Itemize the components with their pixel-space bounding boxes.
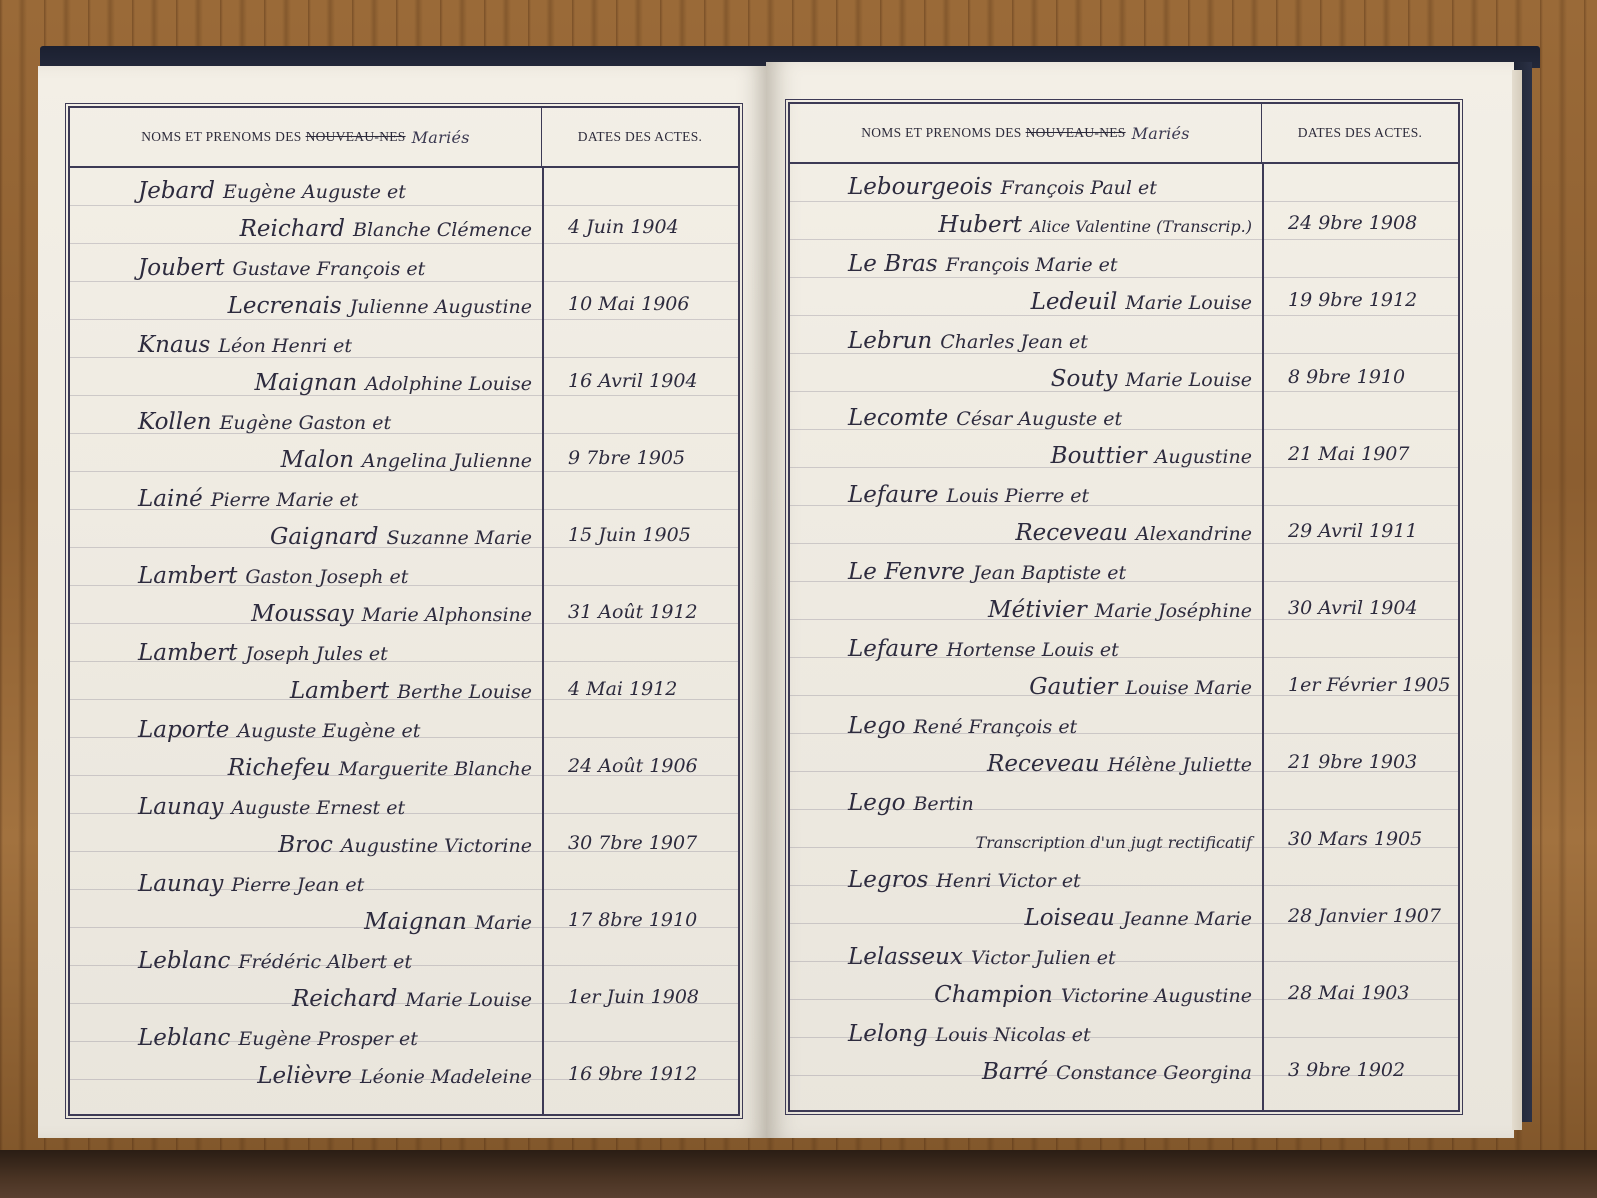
act-date: 30 Mars 1905	[1288, 828, 1422, 850]
handwritten-header-correction: Mariés	[412, 128, 470, 147]
handwritten-header-correction: Mariés	[1132, 124, 1190, 143]
bride-given-names: Marie Louise	[405, 989, 532, 1011]
groom-surname: Launay	[138, 871, 223, 897]
bride-surname: Lelièvre	[257, 1063, 352, 1089]
groom-line: LambertJoseph Jules et	[138, 640, 388, 666]
act-date: 3 9bre 1902	[1288, 1059, 1405, 1081]
bride-surname: Lecrenais	[228, 293, 342, 319]
groom-line: LegoBertin	[848, 790, 974, 816]
groom-line: LefaureLouis Pierre et	[848, 482, 1089, 508]
groom-given-names: Léon Henri et	[218, 335, 352, 357]
register-entry: LegrosHenri Victor et LoiseauJeanne Mari…	[790, 863, 1458, 940]
register-entry: LambertGaston Joseph et MoussayMarie Alp…	[70, 559, 738, 636]
groom-surname: Le Fenvre	[848, 559, 965, 585]
bride-given-names: Marie Louise	[1125, 369, 1252, 391]
act-date: 24 9bre 1908	[1288, 212, 1417, 234]
register-entry: LeblancEugène Prosper et LelièvreLéonie …	[70, 1021, 738, 1098]
groom-line: LainéPierre Marie et	[138, 486, 358, 512]
groom-given-names: Louis Pierre et	[947, 485, 1090, 507]
bride-surname: Gaignard	[270, 524, 378, 550]
groom-surname: Lambert	[138, 563, 237, 589]
register-entry: LeblancFrédéric Albert et ReichardMarie …	[70, 944, 738, 1021]
groom-surname: Lebrun	[848, 328, 932, 354]
groom-given-names: Hortense Louis et	[947, 639, 1119, 661]
bride-line: ChampionVictorine Augustine	[934, 982, 1252, 1008]
bride-surname: Moussay	[251, 601, 354, 627]
groom-given-names: Charles Jean et	[940, 331, 1088, 353]
groom-given-names: Jean Baptiste et	[973, 562, 1126, 584]
register-page-left: NOMS ET PRENOMS DES NOUVEAU-NES Mariés D…	[38, 66, 766, 1138]
bride-surname: Reichard	[240, 216, 345, 242]
register-entry: KnausLéon Henri et MaignanAdolphine Loui…	[70, 328, 738, 405]
groom-surname: Jebard	[138, 178, 215, 204]
register-entry: JebardEugène Auguste et ReichardBlanche …	[70, 174, 738, 251]
register-entry: LelongLouis Nicolas et BarréConstance Ge…	[790, 1017, 1458, 1094]
groom-given-names: Bertin	[913, 793, 973, 815]
register-entry: LefaureLouis Pierre et ReceveauAlexandri…	[790, 478, 1458, 555]
groom-surname: Launay	[138, 794, 223, 820]
groom-surname: Leblanc	[138, 948, 230, 974]
groom-line: LebourgeoisFrançois Paul et	[848, 174, 1157, 200]
bride-given-names: Marie Joséphine	[1095, 600, 1252, 622]
act-date: 15 Juin 1905	[568, 524, 691, 546]
act-date: 16 Avril 1904	[568, 370, 698, 392]
struck-header-text: NOUVEAU-NES	[306, 129, 406, 145]
groom-surname: Lefaure	[848, 482, 939, 508]
groom-line: JebardEugène Auguste et	[138, 178, 406, 204]
bride-line: BrocAugustine Victorine	[278, 832, 532, 858]
bride-given-names: Jeanne Marie	[1123, 908, 1252, 930]
groom-line: KollenEugène Gaston et	[138, 409, 391, 435]
act-date: 17 8bre 1910	[568, 909, 697, 931]
bride-given-names: Suzanne Marie	[386, 527, 532, 549]
groom-surname: Lelasseux	[848, 944, 963, 970]
bride-surname: Souty	[1051, 366, 1118, 392]
groom-given-names: Louis Nicolas et	[936, 1024, 1091, 1046]
bride-surname: Reichard	[292, 986, 397, 1012]
bride-surname: Maignan	[364, 909, 467, 935]
bride-line: RichefeuMarguerite Blanche	[228, 755, 532, 781]
groom-given-names: Gustave François et	[232, 258, 425, 280]
bride-given-names: Victorine Augustine	[1061, 985, 1252, 1007]
names-column-header: NOMS ET PRENOMS DES NOUVEAU-NES Mariés	[70, 108, 542, 166]
table-surface-edge	[0, 1150, 1597, 1198]
bride-given-names: Louise Marie	[1125, 677, 1252, 699]
act-date: 31 Août 1912	[568, 601, 698, 623]
groom-surname: Le Bras	[848, 251, 938, 277]
bride-given-names: Berthe Louise	[397, 681, 532, 703]
bride-surname: Receveau	[1015, 520, 1128, 546]
bride-given-names: Blanche Clémence	[353, 219, 532, 241]
dates-column-header: DATES DES ACTES.	[542, 108, 738, 166]
groom-surname: Lego	[848, 713, 905, 739]
dates-column-header: DATES DES ACTES.	[1262, 104, 1458, 162]
register-entry: LainéPierre Marie et GaignardSuzanne Mar…	[70, 482, 738, 559]
column-header-left: NOMS ET PRENOMS DES NOUVEAU-NES Mariés D…	[70, 108, 738, 168]
bride-surname: Receveau	[987, 751, 1100, 777]
register-entry: LambertJoseph Jules et LambertBerthe Lou…	[70, 636, 738, 713]
register-entry: Le FenvreJean Baptiste et MétivierMarie …	[790, 555, 1458, 632]
groom-line: JoubertGustave François et	[138, 255, 425, 281]
register-entry: LefaureHortense Louis et GautierLouise M…	[790, 632, 1458, 709]
ruled-entries-right: LebourgeoisFrançois Paul et HubertAlice …	[790, 164, 1458, 1110]
act-date: 30 7bre 1907	[568, 832, 697, 854]
bride-line: Transcription d'un jugt rectificatif	[967, 828, 1252, 854]
register-frame-left: NOMS ET PRENOMS DES NOUVEAU-NES Mariés D…	[68, 106, 740, 1116]
bride-surname: Hubert	[938, 212, 1021, 238]
groom-surname: Joubert	[138, 255, 224, 281]
bride-surname: Métivier	[988, 597, 1087, 623]
bride-line: BouttierAugustine	[1051, 443, 1252, 469]
register-entry: LecomteCésar Auguste et BouttierAugustin…	[790, 401, 1458, 478]
groom-line: LegrosHenri Victor et	[848, 867, 1081, 893]
groom-given-names: Pierre Jean et	[231, 874, 364, 896]
bride-given-names: Marie Louise	[1125, 292, 1252, 314]
bride-given-names: Alexandrine	[1136, 523, 1252, 545]
bride-surname: Bouttier	[1051, 443, 1147, 469]
groom-given-names: René François et	[913, 716, 1077, 738]
bride-line: LoiseauJeanne Marie	[1024, 905, 1252, 931]
groom-given-names: Frédéric Albert et	[238, 951, 412, 973]
bride-line: MalonAngelina Julienne	[281, 447, 532, 473]
groom-surname: Kollen	[138, 409, 212, 435]
groom-given-names: Victor Julien et	[971, 947, 1116, 969]
bride-given-names: Augustine	[1155, 446, 1252, 468]
transcription-note: Transcription d'un jugt rectificatif	[975, 833, 1252, 852]
bride-line: SoutyMarie Louise	[1051, 366, 1252, 392]
groom-given-names: Eugène Auguste et	[223, 181, 406, 203]
groom-given-names: Joseph Jules et	[245, 643, 387, 665]
bride-line: MaignanMarie	[364, 909, 532, 935]
register-entry: LaporteAuguste Eugène et RichefeuMarguer…	[70, 713, 738, 790]
bride-line: MoussayMarie Alphonsine	[251, 601, 532, 627]
act-date: 16 9bre 1912	[568, 1063, 697, 1085]
register-entry: LaunayAuguste Ernest et BrocAugustine Vi…	[70, 790, 738, 867]
bride-given-names: Constance Georgina	[1056, 1062, 1252, 1084]
groom-given-names: Eugène Prosper et	[238, 1028, 418, 1050]
bride-surname: Malon	[281, 447, 354, 473]
groom-line: LegoRené François et	[848, 713, 1077, 739]
bride-line: LecrenaisJulienne Augustine	[228, 293, 532, 319]
bride-surname: Maignan	[255, 370, 358, 396]
bride-line: LambertBerthe Louise	[290, 678, 532, 704]
act-date: 9 7bre 1905	[568, 447, 685, 469]
bride-line: LedeuilMarie Louise	[1031, 289, 1252, 315]
bride-given-names: Léonie Madeleine	[360, 1066, 532, 1088]
register-entry: LaunayPierre Jean et MaignanMarie 17 8br…	[70, 867, 738, 944]
bride-given-names: Marie	[475, 912, 532, 934]
register-entry: JoubertGustave François et LecrenaisJuli…	[70, 251, 738, 328]
groom-given-names: François Marie et	[946, 254, 1118, 276]
register-entry: LebrunCharles Jean et SoutyMarie Louise …	[790, 324, 1458, 401]
register-entry: KollenEugène Gaston et MalonAngelina Jul…	[70, 405, 738, 482]
groom-surname: Lelong	[848, 1021, 928, 1047]
groom-given-names: Gaston Joseph et	[245, 566, 408, 588]
act-date: 28 Mai 1903	[1288, 982, 1409, 1004]
bride-given-names: Angelina Julienne	[362, 450, 532, 472]
act-date: 4 Juin 1904	[568, 216, 679, 238]
groom-surname: Lebourgeois	[848, 174, 993, 200]
act-date: 19 9bre 1912	[1288, 289, 1417, 311]
groom-line: LaunayPierre Jean et	[138, 871, 364, 897]
groom-line: Le BrasFrançois Marie et	[848, 251, 1118, 277]
bride-given-names: Alice Valentine (Transcrip.)	[1030, 217, 1252, 236]
bride-given-names: Hélène Juliette	[1108, 754, 1252, 776]
register-entry: LegoRené François et ReceveauHélène Juli…	[790, 709, 1458, 786]
groom-given-names: Henri Victor et	[936, 870, 1080, 892]
groom-surname: Lefaure	[848, 636, 939, 662]
bride-given-names: Marie Alphonsine	[362, 604, 532, 626]
groom-surname: Lego	[848, 790, 905, 816]
act-date: 28 Janvier 1907	[1288, 905, 1441, 927]
bride-surname: Champion	[934, 982, 1053, 1008]
groom-line: LelongLouis Nicolas et	[848, 1021, 1091, 1047]
register-entry: LebourgeoisFrançois Paul et HubertAlice …	[790, 170, 1458, 247]
groom-surname: Lainé	[138, 486, 203, 512]
bride-line: GautierLouise Marie	[1029, 674, 1252, 700]
act-date: 30 Avril 1904	[1288, 597, 1418, 619]
act-date: 10 Mai 1906	[568, 293, 689, 315]
bride-given-names: Augustine Victorine	[341, 835, 532, 857]
groom-given-names: César Auguste et	[956, 408, 1122, 430]
act-date: 1er Février 1905	[1288, 674, 1450, 696]
groom-line: LaporteAuguste Eugène et	[138, 717, 420, 743]
groom-surname: Lecomte	[848, 405, 948, 431]
register-entry: Le BrasFrançois Marie et LedeuilMarie Lo…	[790, 247, 1458, 324]
names-column-header: NOMS ET PRENOMS DES NOUVEAU-NES Mariés	[790, 104, 1262, 162]
bride-given-names: Julienne Augustine	[350, 296, 532, 318]
bride-line: BarréConstance Georgina	[982, 1059, 1252, 1085]
names-header-label: NOMS ET PRENOMS DES	[141, 129, 301, 145]
groom-given-names: Eugène Gaston et	[220, 412, 392, 434]
act-date: 21 Mai 1907	[1288, 443, 1409, 465]
act-date: 1er Juin 1908	[568, 986, 699, 1008]
bride-line: MaignanAdolphine Louise	[255, 370, 532, 396]
register-entry: LelasseuxVictor Julien et ChampionVictor…	[790, 940, 1458, 1017]
bride-line: ReceveauHélène Juliette	[987, 751, 1252, 777]
names-header-label: NOMS ET PRENOMS DES	[861, 125, 1021, 141]
struck-header-text: NOUVEAU-NES	[1026, 125, 1126, 141]
register-entry: LegoBertin Transcription d'un jugt recti…	[790, 786, 1458, 863]
act-date: 29 Avril 1911	[1288, 520, 1418, 542]
groom-line: LeblancEugène Prosper et	[138, 1025, 418, 1051]
groom-line: LaunayAuguste Ernest et	[138, 794, 405, 820]
groom-line: LefaureHortense Louis et	[848, 636, 1119, 662]
groom-line: Le FenvreJean Baptiste et	[848, 559, 1126, 585]
bride-surname: Lambert	[290, 678, 389, 704]
groom-surname: Laporte	[138, 717, 229, 743]
bride-line: MétivierMarie Joséphine	[988, 597, 1252, 623]
bride-surname: Gautier	[1029, 674, 1117, 700]
act-date: 24 Août 1906	[568, 755, 698, 777]
groom-line: KnausLéon Henri et	[138, 332, 352, 358]
act-date: 4 Mai 1912	[568, 678, 677, 700]
groom-line: LambertGaston Joseph et	[138, 563, 408, 589]
column-header-right: NOMS ET PRENOMS DES NOUVEAU-NES Mariés D…	[790, 104, 1458, 164]
groom-line: LecomteCésar Auguste et	[848, 405, 1122, 431]
act-date: 8 9bre 1910	[1288, 366, 1405, 388]
groom-given-names: Pierre Marie et	[211, 489, 359, 511]
bride-surname: Barré	[982, 1059, 1048, 1085]
groom-line: LeblancFrédéric Albert et	[138, 948, 412, 974]
bride-line: ReichardBlanche Clémence	[240, 216, 532, 242]
groom-given-names: François Paul et	[1001, 177, 1157, 199]
bride-given-names: Adolphine Louise	[365, 373, 532, 395]
bride-surname: Ledeuil	[1031, 289, 1118, 315]
ruled-entries-left: JebardEugène Auguste et ReichardBlanche …	[70, 168, 738, 1114]
bride-given-names: Marguerite Blanche	[339, 758, 532, 780]
bride-surname: Richefeu	[228, 755, 331, 781]
register-page-right: NOMS ET PRENOMS DES NOUVEAU-NES Mariés D…	[766, 62, 1514, 1138]
groom-line: LelasseuxVictor Julien et	[848, 944, 1116, 970]
groom-surname: Knaus	[138, 332, 210, 358]
groom-given-names: Auguste Eugène et	[237, 720, 420, 742]
bride-line: ReceveauAlexandrine	[1015, 520, 1252, 546]
groom-line: LebrunCharles Jean et	[848, 328, 1088, 354]
bride-line: GaignardSuzanne Marie	[270, 524, 532, 550]
register-frame-right: NOMS ET PRENOMS DES NOUVEAU-NES Mariés D…	[788, 102, 1460, 1112]
bride-line: LelièvreLéonie Madeleine	[257, 1063, 532, 1089]
bride-line: ReichardMarie Louise	[292, 986, 532, 1012]
bride-line: HubertAlice Valentine (Transcrip.)	[938, 212, 1252, 238]
groom-given-names: Auguste Ernest et	[231, 797, 405, 819]
groom-surname: Lambert	[138, 640, 237, 666]
bride-surname: Loiseau	[1024, 905, 1114, 931]
bride-surname: Broc	[278, 832, 333, 858]
act-date: 21 9bre 1903	[1288, 751, 1417, 773]
groom-surname: Leblanc	[138, 1025, 230, 1051]
groom-surname: Legros	[848, 867, 928, 893]
